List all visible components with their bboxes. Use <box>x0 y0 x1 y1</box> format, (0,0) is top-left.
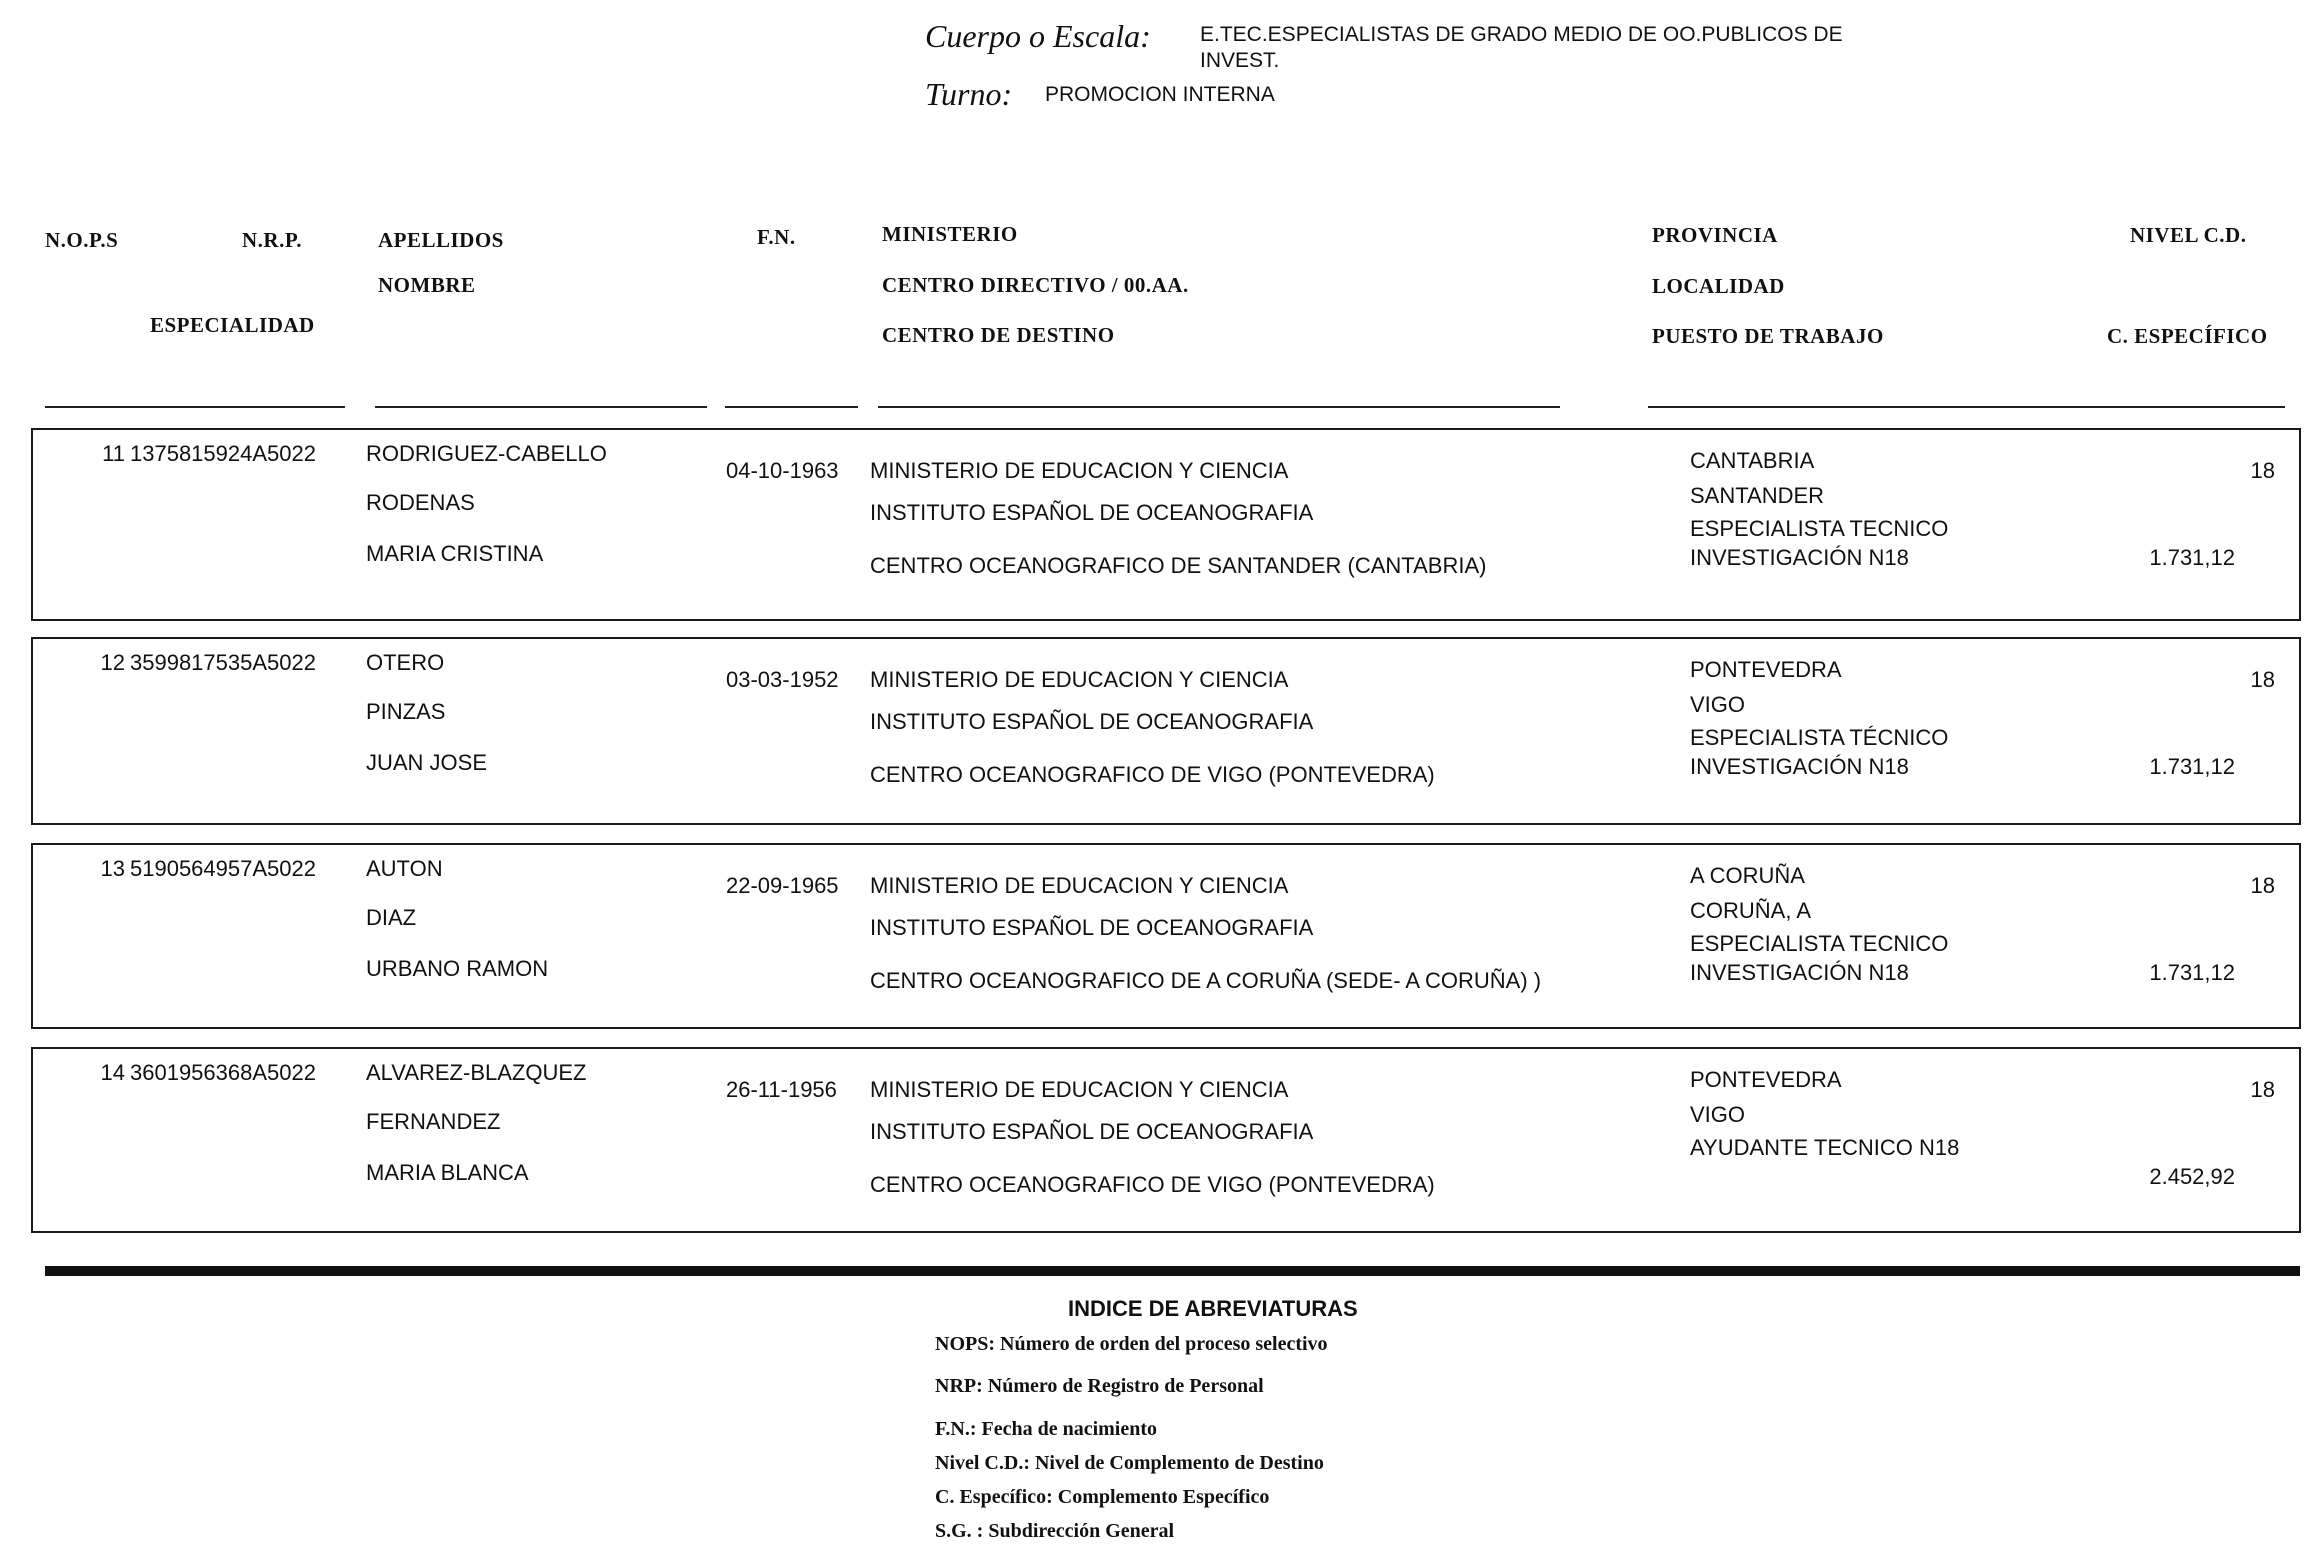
cell-c-especifico: 1.731,12 <box>2135 754 2235 780</box>
header-underline <box>878 406 1560 408</box>
cell-puesto-line2: INVESTIGACIÓN N18 <box>1690 960 1909 986</box>
cell-centro-directivo: INSTITUTO ESPAÑOL DE OCEANOGRAFIA <box>870 915 1313 941</box>
cell-nombre: MARIA BLANCA <box>366 1160 529 1186</box>
cell-puesto-line2: INVESTIGACIÓN N18 <box>1690 545 1909 571</box>
cell-nrp: 3601956368A5022 <box>130 1060 316 1086</box>
cell-localidad: SANTANDER <box>1690 483 1824 509</box>
col-nops: N.O.P.S <box>45 228 118 253</box>
col-especialidad: ESPECIALIDAD <box>150 313 315 338</box>
legend-item: C. Específico: Complemento Específico <box>935 1486 1269 1509</box>
turno-label: Turno: <box>925 76 1012 113</box>
cell-apellido2: RODENAS <box>366 490 475 516</box>
cell-nops: 12 <box>95 650 125 676</box>
cuerpo-value-line2: INVEST. <box>1200 49 1279 73</box>
cell-provincia: A CORUÑA <box>1690 863 1805 889</box>
cell-puesto-line1: ESPECIALISTA TÉCNICO <box>1690 725 1948 751</box>
cell-ministerio: MINISTERIO DE EDUCACION Y CIENCIA <box>870 667 1288 693</box>
cell-fn: 04-10-1963 <box>726 458 839 484</box>
header-underline <box>725 406 858 408</box>
cell-puesto-line1: ESPECIALISTA TECNICO <box>1690 516 1948 542</box>
cell-nrp: 5190564957A5022 <box>130 856 316 882</box>
cell-ministerio: MINISTERIO DE EDUCACION Y CIENCIA <box>870 1077 1288 1103</box>
cell-nops: 14 <box>95 1060 125 1086</box>
cell-localidad: VIGO <box>1690 692 1745 718</box>
legend-item: NOPS: Número de orden del proceso select… <box>935 1333 1328 1356</box>
header-underline <box>45 406 345 408</box>
cell-nombre: JUAN JOSE <box>366 750 487 776</box>
cell-fn: 22-09-1965 <box>726 873 839 899</box>
header-underline <box>375 406 707 408</box>
cell-nivel: 18 <box>2225 1077 2275 1103</box>
cell-centro-directivo: INSTITUTO ESPAÑOL DE OCEANOGRAFIA <box>870 1119 1313 1145</box>
col-provincia: PROVINCIA <box>1652 223 1778 248</box>
cell-fn: 26-11-1956 <box>726 1077 837 1103</box>
cell-centro-destino: CENTRO OCEANOGRAFICO DE SANTANDER (CANTA… <box>870 553 1486 579</box>
cell-nrp: 3599817535A5022 <box>130 650 316 676</box>
col-nrp: N.R.P. <box>242 228 302 253</box>
cell-apellido1: ALVAREZ-BLAZQUEZ <box>366 1060 586 1086</box>
cell-c-especifico: 2.452,92 <box>2135 1164 2235 1190</box>
cell-nombre: MARIA CRISTINA <box>366 541 543 567</box>
cell-apellido2: PINZAS <box>366 699 445 725</box>
cell-nops: 11 <box>95 441 125 467</box>
col-localidad: LOCALIDAD <box>1652 274 1785 299</box>
cell-centro-directivo: INSTITUTO ESPAÑOL DE OCEANOGRAFIA <box>870 500 1313 526</box>
col-centro-directivo: CENTRO DIRECTIVO / 00.AA. <box>882 273 1189 298</box>
col-ministerio: MINISTERIO <box>882 222 1018 247</box>
cell-provincia: PONTEVEDRA <box>1690 657 1842 683</box>
header-underline <box>1648 406 2285 408</box>
col-fn: F.N. <box>757 225 796 250</box>
legend-item: NRP: Número de Registro de Personal <box>935 1375 1264 1398</box>
cell-c-especifico: 1.731,12 <box>2135 960 2235 986</box>
cell-nivel: 18 <box>2225 873 2275 899</box>
cell-centro-destino: CENTRO OCEANOGRAFICO DE VIGO (PONTEVEDRA… <box>870 762 1435 788</box>
cell-ministerio: MINISTERIO DE EDUCACION Y CIENCIA <box>870 873 1288 899</box>
cell-centro-directivo: INSTITUTO ESPAÑOL DE OCEANOGRAFIA <box>870 709 1313 735</box>
col-apellidos: APELLIDOS <box>378 228 504 253</box>
cuerpo-value-line1: E.TEC.ESPECIALISTAS DE GRADO MEDIO DE OO… <box>1200 23 1843 47</box>
cell-apellido2: FERNANDEZ <box>366 1109 500 1135</box>
cell-nrp: 1375815924A5022 <box>130 441 316 467</box>
cell-nops: 13 <box>95 856 125 882</box>
legend-item: Nivel C.D.: Nivel de Complemento de Dest… <box>935 1452 1324 1475</box>
cell-puesto-line1: ESPECIALISTA TECNICO <box>1690 931 1948 957</box>
cell-centro-destino: CENTRO OCEANOGRAFICO DE VIGO (PONTEVEDRA… <box>870 1172 1435 1198</box>
legend-item: S.G. : Subdirección General <box>935 1520 1174 1543</box>
cell-provincia: PONTEVEDRA <box>1690 1067 1842 1093</box>
cell-centro-destino: CENTRO OCEANOGRAFICO DE A CORUÑA (SEDE- … <box>870 968 1541 994</box>
legend-title: INDICE DE ABREVIATURAS <box>1068 1296 1358 1322</box>
col-nombre: NOMBRE <box>378 273 476 298</box>
section-divider <box>45 1266 2300 1276</box>
col-centro-destino: CENTRO DE DESTINO <box>882 323 1115 348</box>
col-nivel-cd: NIVEL C.D. <box>2130 223 2246 248</box>
cell-localidad: CORUÑA, A <box>1690 898 1811 924</box>
cell-provincia: CANTABRIA <box>1690 448 1814 474</box>
cell-c-especifico: 1.731,12 <box>2135 545 2235 571</box>
cell-nivel: 18 <box>2225 458 2275 484</box>
cell-nivel: 18 <box>2225 667 2275 693</box>
col-c-especifico: C. ESPECÍFICO <box>2107 324 2268 349</box>
cell-apellido1: RODRIGUEZ-CABELLO <box>366 441 607 467</box>
cell-puesto-line2: INVESTIGACIÓN N18 <box>1690 754 1909 780</box>
cell-localidad: VIGO <box>1690 1102 1745 1128</box>
cell-ministerio: MINISTERIO DE EDUCACION Y CIENCIA <box>870 458 1288 484</box>
cuerpo-label: Cuerpo o Escala: <box>925 18 1151 55</box>
legend-item: F.N.: Fecha de nacimiento <box>935 1418 1157 1441</box>
turno-value: PROMOCION INTERNA <box>1045 83 1275 107</box>
cell-nombre: URBANO RAMON <box>366 956 548 982</box>
cell-puesto-line1: AYUDANTE TECNICO N18 <box>1690 1135 1959 1161</box>
cell-apellido1: AUTON <box>366 856 443 882</box>
col-puesto: PUESTO DE TRABAJO <box>1652 324 1884 349</box>
cell-fn: 03-03-1952 <box>726 667 839 693</box>
cell-apellido2: DIAZ <box>366 905 416 931</box>
cell-apellido1: OTERO <box>366 650 444 676</box>
